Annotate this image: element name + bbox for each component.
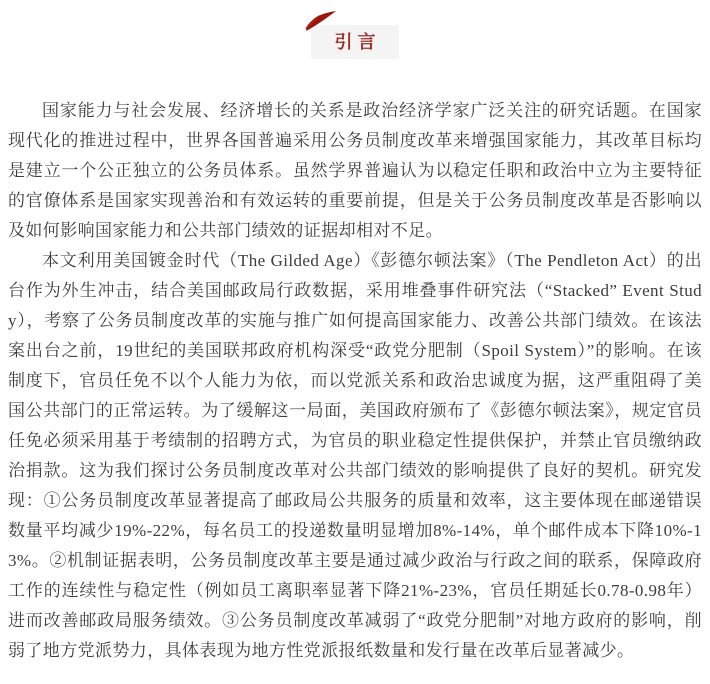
- paragraph-intro-topic: 国家能力与社会发展、经济增长的关系是政治经济学家广泛关注的研究话题。在国家现代化…: [8, 96, 702, 246]
- paragraph-study-findings: 本文利用美国镀金时代（The Gilded Age）《彭德尔顿法案》（The P…: [8, 246, 702, 666]
- section-title-box: 引言: [311, 25, 399, 59]
- section-header: 引言: [311, 25, 399, 59]
- section-title: 引言: [335, 33, 381, 51]
- article-body: 国家能力与社会发展、经济增长的关系是政治经济学家广泛关注的研究话题。在国家现代化…: [0, 96, 710, 666]
